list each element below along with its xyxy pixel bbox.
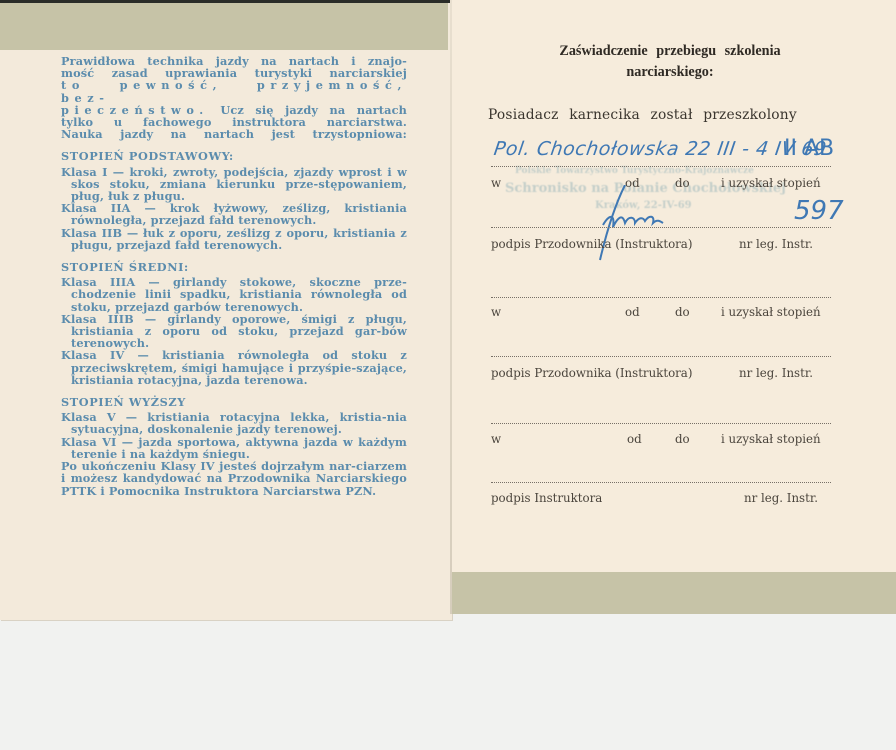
klasa-V: Klasa V — kristiania rotacyjna lekka, kr… — [61, 411, 407, 435]
entry-2-reg-label: nr leg. Instr. — [739, 366, 813, 380]
entry-2-signature-line — [491, 356, 831, 357]
entry-2-signature-label: podpis Przodownika (Instruktora) — [491, 366, 692, 380]
entry-3-od: od — [627, 432, 642, 446]
section-heading-advanced: STOPIEŃ WYŻSZY — [61, 396, 407, 408]
klasa-IIIB: Klasa IIIB — girlandy oporowe, śmigi z p… — [61, 313, 407, 350]
entry-1-signature-line — [491, 227, 831, 228]
section-heading-intermediate: STOPIEŃ ŚREDNI: — [61, 261, 407, 273]
certificate-title-line-2: narciarskiego: — [500, 62, 840, 83]
entry-3-w: w — [491, 432, 501, 446]
entry-3-do: do — [675, 432, 690, 446]
entry-2-w: w — [491, 305, 501, 319]
entry-1-reg-label: nr leg. Instr. — [739, 237, 813, 251]
entry-3-signature-label: podpis Instruktora — [491, 491, 602, 505]
handwritten-place-dates: Pol. Chochołowska 22 III - 4 IV 69 — [492, 138, 828, 160]
klasa-VI: Klasa VI — jazda sportowa, aktywna jazda… — [61, 436, 407, 460]
klasa-I: Klasa I — kroki, zwroty, podejścia, zjaz… — [61, 166, 407, 203]
entry-1-w: w — [491, 176, 501, 190]
entry-2-place-line — [491, 297, 831, 298]
booklet-spine — [450, 0, 452, 614]
holder-statement: Posiadacz karnecika został przeszkolony — [488, 107, 797, 123]
outro-paragraph: Po ukończeniu Klasy IV jesteś dojrzałym … — [61, 460, 407, 497]
entry-1-signature-label: podpis Przodownika (Instruktora) — [491, 237, 692, 251]
certificate-title: Zaświadczenie przebiegu szkolenia narcia… — [500, 41, 840, 83]
handwritten-signature-icon — [585, 185, 685, 265]
handwritten-reg-number: 597 — [794, 196, 844, 226]
entry-2-od: od — [625, 305, 640, 319]
klasa-IV: Klasa IV — kristiania równoległa od stok… — [61, 349, 407, 386]
left-page-top-band — [0, 3, 448, 50]
handwritten-grade: II AB — [784, 136, 834, 161]
intro-line-3-text: to pewność, przyjemność, bez- — [61, 78, 407, 104]
entry-3-reg-label: nr leg. Instr. — [744, 491, 818, 505]
right-page-bottom-band — [452, 572, 896, 614]
certificate-title-line-1: Zaświadczenie przebiegu szkolenia — [500, 41, 840, 62]
entry-2-do: do — [675, 305, 690, 319]
entry-3-place-line — [491, 423, 831, 424]
klasa-IIIA: Klasa IIIA — girlandy stokowe, skoczne p… — [61, 276, 407, 313]
intro-line-6: Nauka jazdy na nartach jest trzystopniow… — [61, 128, 407, 140]
intro-line-3: to pewność, przyjemność, bez- — [61, 79, 407, 103]
section-heading-basic: STOPIEŃ PODSTAWOWY: — [61, 150, 407, 162]
entry-3-signature-line — [491, 482, 831, 483]
klasa-IIB: Klasa IIB — łuk z oporu, ześlizg z oporu… — [61, 227, 407, 251]
right-page — [452, 0, 896, 614]
entry-3-obtained: i uzyskał stopień — [721, 432, 821, 446]
entry-1-place-line — [491, 166, 831, 167]
entry-1-obtained: i uzyskał stopień — [721, 176, 821, 190]
entry-2-obtained: i uzyskał stopień — [721, 305, 821, 319]
klasa-IIA: Klasa IIA — krok łyżwowy, ześlizg, krist… — [61, 202, 407, 226]
ski-grades-text: Prawidłowa technika jazdy na nartach i z… — [61, 55, 407, 497]
